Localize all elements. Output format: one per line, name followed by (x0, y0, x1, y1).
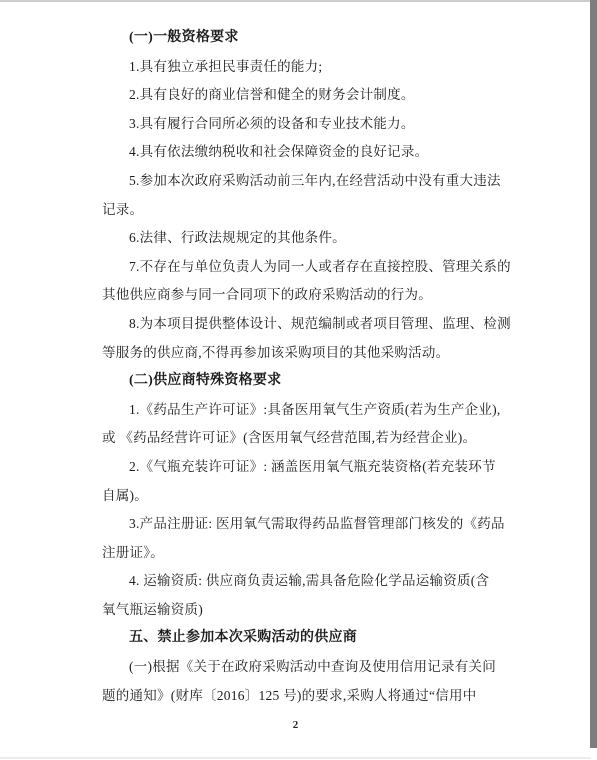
page-right-edge-shadow (590, 0, 597, 748)
document-line: 6.法律、行政法规规定的其他条件。 (102, 224, 502, 253)
document-line: 3.产品注册证: 医用氧气需取得药品监督管理部门核发的《药品 (102, 510, 502, 539)
document-line: 3.具有履行合同所必须的设备和专业技术能力。 (102, 110, 502, 139)
document-line: 1.具有独立承担民事责任的能力; (102, 53, 502, 82)
section-heading: 五、禁止参加本次采购活动的供应商 (102, 624, 502, 653)
document-line: 2.《气瓶充装许可证》: 涵盖医用氧气瓶充装资格(若充装环节 (102, 453, 502, 482)
section-heading: (一)一般资格要求 (102, 24, 502, 53)
document-line: 其他供应商参与同一合同项下的政府采购活动的行为。 (102, 281, 502, 310)
document-line: 等服务的供应商,不得再参加该采购项目的其他采购活动。 (102, 339, 502, 368)
document-lines: (一)一般资格要求1.具有独立承担民事责任的能力;2.具有良好的商业信誉和健全的… (102, 24, 502, 710)
scanned-document-page: { "page": { "background_color": "#ffffff… (0, 0, 597, 760)
document-line: 氧气瓶运输资质) (102, 596, 502, 625)
document-line: 记录。 (102, 196, 502, 225)
document-line: 注册证》。 (102, 539, 502, 568)
document-line: 题的通知》(财库〔2016〕125 号)的要求,采购人将通过“信用中 (102, 682, 502, 711)
page-top-edge-line (0, 0, 591, 2)
document-line: 或 《药品经营许可证》(含医用氧气经营范围,若为经营企业)。 (102, 424, 502, 453)
document-line: (一)根据《关于在政府采购活动中查询及使用信用记录有关问 (102, 653, 502, 682)
document-line: 4. 运输资质: 供应商负责运输,需具备危险化学品运输资质(含 (102, 567, 502, 596)
document-line: 8.为本项目提供整体设计、规范编制或者项目管理、监理、检测 (102, 310, 502, 339)
page-number: 2 (0, 719, 591, 731)
document-line: 7.不存在与单位负责人为同一人或者存在直接控股、管理关系的 (102, 253, 502, 282)
page-bottom-edge-line (0, 757, 591, 759)
document-line: 1.《药品生产许可证》:具备医用氧气生产资质(若为生产企业), (102, 396, 502, 425)
document-line: 自属)。 (102, 482, 502, 511)
section-heading: (二)供应商特殊资格要求 (102, 367, 502, 396)
document-line: 2.具有良好的商业信誉和健全的财务会计制度。 (102, 81, 502, 110)
document-line: 5.参加本次政府采购活动前三年内,在经营活动中没有重大违法 (102, 167, 502, 196)
document-line: 4.具有依法缴纳税收和社会保障资金的良好记录。 (102, 138, 502, 167)
